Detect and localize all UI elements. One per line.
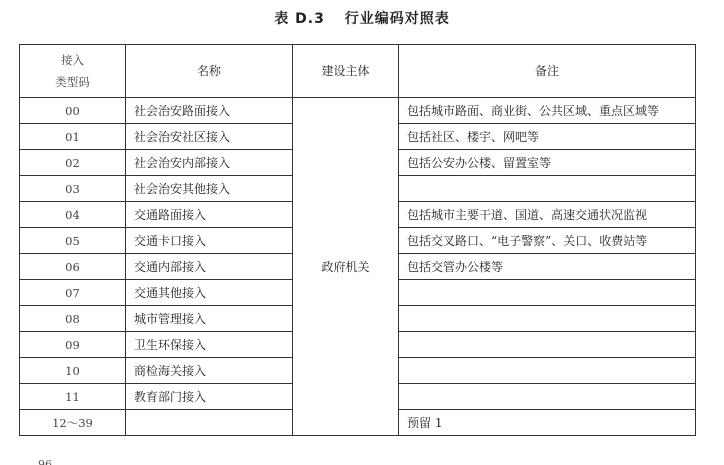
page-number: 96 bbox=[38, 458, 52, 465]
table-caption: 行业编码对照表 bbox=[345, 11, 450, 27]
header-access-type-code: 接入 类型码 bbox=[20, 45, 126, 98]
cell-code: 07 bbox=[20, 280, 126, 306]
cell-code: 04 bbox=[20, 202, 126, 228]
cell-note bbox=[399, 306, 696, 332]
header-note: 备注 bbox=[399, 45, 696, 98]
cell-code: 05 bbox=[20, 228, 126, 254]
cell-note: 预留 1 bbox=[399, 410, 696, 436]
industry-code-table: 接入 类型码 名称 建设主体 备注 00社会治安路面接入政府机关包括城市路面、商… bbox=[19, 44, 696, 436]
cell-note bbox=[399, 332, 696, 358]
cell-code: 08 bbox=[20, 306, 126, 332]
cell-code: 02 bbox=[20, 150, 126, 176]
cell-code: 10 bbox=[20, 358, 126, 384]
cell-name: 交通路面接入 bbox=[126, 202, 293, 228]
header-name: 名称 bbox=[126, 45, 293, 98]
header-owner: 建设主体 bbox=[293, 45, 399, 98]
cell-note bbox=[399, 384, 696, 410]
cell-name: 交通其他接入 bbox=[126, 280, 293, 306]
cell-name: 交通内部接入 bbox=[126, 254, 293, 280]
cell-name: 城市管理接入 bbox=[126, 306, 293, 332]
cell-note bbox=[399, 176, 696, 202]
cell-note: 包括公安办公楼、留置室等 bbox=[399, 150, 696, 176]
table-title: 表 D.3 行业编码对照表 bbox=[0, 8, 724, 28]
cell-name: 社会治安内部接入 bbox=[126, 150, 293, 176]
cell-note bbox=[399, 358, 696, 384]
cell-owner-merged: 政府机关 bbox=[293, 98, 399, 436]
cell-note: 包括城市主要干道、国道、高速交通状况监视 bbox=[399, 202, 696, 228]
cell-code: 09 bbox=[20, 332, 126, 358]
cell-note: 包括交叉路口、“电子警察”、关口、收费站等 bbox=[399, 228, 696, 254]
cell-code: 06 bbox=[20, 254, 126, 280]
cell-code: 01 bbox=[20, 124, 126, 150]
cell-code: 00 bbox=[20, 98, 126, 124]
cell-name: 社会治安路面接入 bbox=[126, 98, 293, 124]
cell-name: 社会治安其他接入 bbox=[126, 176, 293, 202]
table-number: 表 D.3 bbox=[274, 11, 325, 27]
cell-name: 卫生环保接入 bbox=[126, 332, 293, 358]
cell-name: 社会治安社区接入 bbox=[126, 124, 293, 150]
cell-code: 03 bbox=[20, 176, 126, 202]
header-code-line2: 类型码 bbox=[55, 75, 90, 89]
cell-code: 12～39 bbox=[20, 410, 126, 436]
cell-note bbox=[399, 280, 696, 306]
header-code-line1: 接入 bbox=[61, 53, 84, 67]
cell-name bbox=[126, 410, 293, 436]
table-row: 00社会治安路面接入政府机关包括城市路面、商业街、公共区域、重点区域等 bbox=[20, 98, 696, 124]
cell-note: 包括城市路面、商业街、公共区域、重点区域等 bbox=[399, 98, 696, 124]
cell-note: 包括社区、楼宇、网吧等 bbox=[399, 124, 696, 150]
cell-name: 教育部门接入 bbox=[126, 384, 293, 410]
table-header-row: 接入 类型码 名称 建设主体 备注 bbox=[20, 45, 696, 98]
cell-code: 11 bbox=[20, 384, 126, 410]
cell-name: 商检海关接入 bbox=[126, 358, 293, 384]
cell-name: 交通卡口接入 bbox=[126, 228, 293, 254]
cell-note: 包括交管办公楼等 bbox=[399, 254, 696, 280]
